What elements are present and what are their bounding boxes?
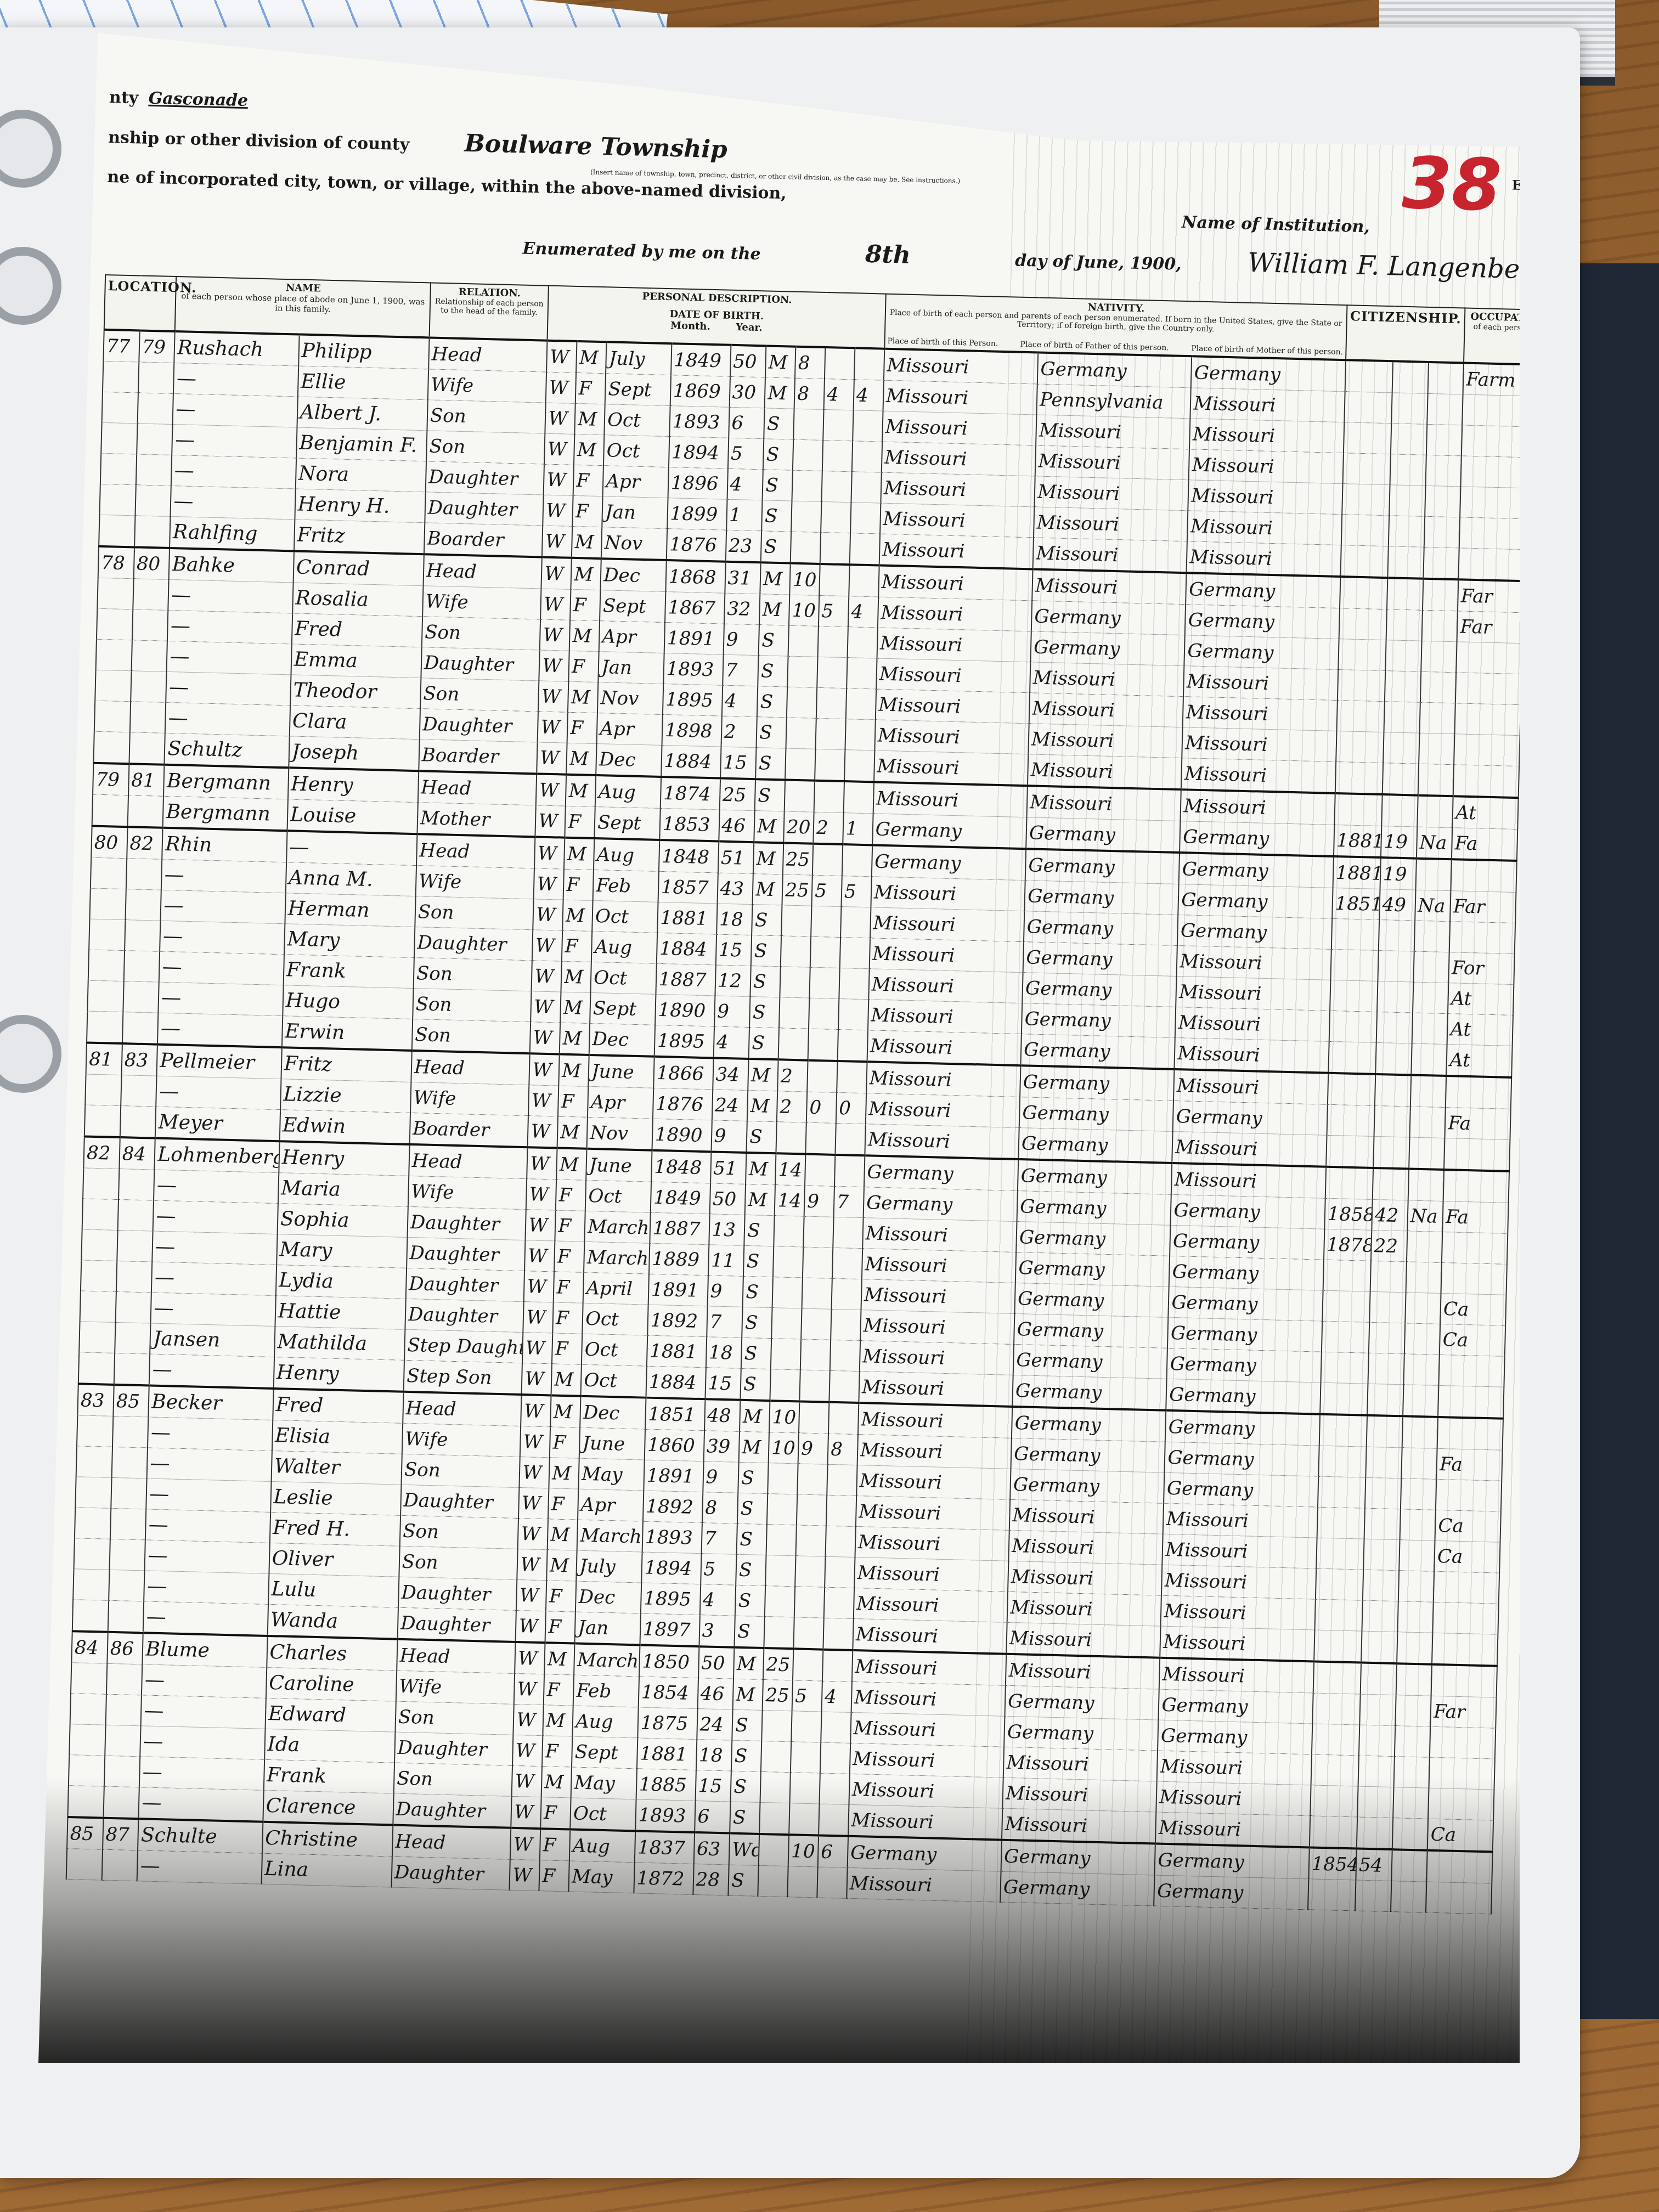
cell-imm xyxy=(1345,360,1393,393)
cell-occ xyxy=(1459,517,1525,550)
cell-dw xyxy=(70,1694,106,1725)
cell-yrs-us: 19 xyxy=(1381,826,1417,859)
cell-fam xyxy=(101,1849,138,1881)
cell-dw xyxy=(93,731,129,764)
cell-pob: Missouri xyxy=(859,1372,1013,1407)
cell-given: Caroline xyxy=(266,1667,397,1701)
cell-rel: Son xyxy=(400,1515,519,1549)
cell-mother: Missouri xyxy=(1172,1131,1327,1166)
cell-mother-of xyxy=(810,936,840,968)
cell-yrs-married: 25 xyxy=(763,1648,793,1680)
cell-fam: 85 xyxy=(113,1385,149,1417)
cell-nat xyxy=(1427,393,1463,425)
cell-age: 46 xyxy=(697,1678,733,1710)
cell-yrs-us xyxy=(1370,1261,1406,1293)
cell-surname: Schulte xyxy=(138,1819,263,1853)
cell-imm xyxy=(1323,1260,1371,1291)
cell-age: 23 xyxy=(725,530,761,562)
cell-father: Missouri xyxy=(1003,1778,1158,1812)
cell-surname: — xyxy=(151,1262,276,1296)
cell-yrs-us xyxy=(1389,516,1425,548)
cell-dw xyxy=(82,1199,119,1231)
cell-given: Conrad xyxy=(293,551,424,585)
cell-given: Emma xyxy=(291,644,421,678)
cell-age: 5 xyxy=(727,438,764,470)
cell-fam: 81 xyxy=(128,764,165,796)
cell-given: Fred H. xyxy=(270,1512,400,1546)
cell-age: 50 xyxy=(698,1646,735,1679)
cell-dw xyxy=(99,484,136,516)
cell-yrs-us xyxy=(1373,1168,1409,1200)
cell-fam xyxy=(123,981,159,1013)
cell-father: Germany xyxy=(1012,1375,1167,1410)
cell-mother-of: 0 xyxy=(806,1092,837,1123)
cell-year: 1854 xyxy=(638,1677,698,1709)
cell-yrs-married xyxy=(767,1494,797,1525)
cell-occ: Ca xyxy=(1440,1324,1505,1356)
cell-pob: Missouri xyxy=(855,1527,1009,1561)
cell-surname: — xyxy=(168,579,294,613)
cell-occ xyxy=(1438,1385,1504,1418)
cell-nat xyxy=(1393,1787,1429,1819)
cell-occ xyxy=(1459,548,1525,581)
cell-surname: — xyxy=(153,1231,278,1265)
cell-age: 3 xyxy=(699,1615,735,1647)
cell-sex: F xyxy=(558,1086,588,1117)
cell-nat xyxy=(1409,1137,1445,1170)
cell-month: June xyxy=(579,1427,645,1460)
cell-rel: Wife xyxy=(402,1423,521,1457)
cell-month: July xyxy=(606,342,672,375)
cell-month: Dec xyxy=(575,1581,641,1613)
cell-sex: F xyxy=(570,589,600,620)
cell-pob: Missouri xyxy=(867,1030,1022,1065)
cell-mother: Germany xyxy=(1185,605,1340,639)
cell-yrs-married xyxy=(787,656,817,687)
cell-fam: 87 xyxy=(103,1818,139,1850)
cell-father: Germany xyxy=(1010,1469,1165,1503)
cell-nat xyxy=(1400,1479,1436,1510)
cell-age: 11 xyxy=(708,1245,744,1277)
cell-father: Missouri xyxy=(1033,538,1188,573)
cell-sex: M xyxy=(560,992,590,1023)
cell-rel: Son xyxy=(394,1763,513,1796)
cell-month: Nov xyxy=(601,527,667,560)
cell-sex: F xyxy=(553,1302,583,1334)
cell-rel: Mother xyxy=(417,803,536,837)
cell-yrs-us xyxy=(1355,1880,1391,1912)
cell-living xyxy=(844,750,874,782)
cell-living xyxy=(827,1464,857,1496)
cell-pob: Missouri xyxy=(852,1650,1007,1685)
cell-month: Oct xyxy=(591,962,657,994)
cell-color: W xyxy=(516,1610,546,1643)
cell-month: Oct xyxy=(592,900,658,933)
cell-imm xyxy=(1338,639,1386,671)
cell-pob: Missouri xyxy=(857,1435,1012,1469)
cell-living: 7 xyxy=(834,1186,864,1217)
cell-color: W xyxy=(510,1828,540,1860)
cell-fam xyxy=(126,859,162,890)
cell-given: Mary xyxy=(284,924,415,958)
cell-year: 1876 xyxy=(667,529,726,562)
cell-mother-of: 9 xyxy=(798,1433,828,1464)
cell-nat xyxy=(1419,733,1455,765)
cell-father: Germany xyxy=(1013,1344,1168,1379)
cell-month: Apr xyxy=(588,1086,653,1119)
cell-living xyxy=(852,441,882,472)
cell-rel: Daughter xyxy=(405,1299,524,1332)
cell-yrs-married xyxy=(781,905,811,936)
cell-rel: Head xyxy=(418,771,537,805)
cell-marital: S xyxy=(751,966,781,997)
cell-father: Missouri xyxy=(1006,1654,1160,1689)
cell-surname: — xyxy=(147,1448,272,1482)
cell-imm xyxy=(1342,484,1390,516)
birth-mother-header: Place of birth of Mother of this person. xyxy=(1191,344,1343,357)
cell-sex: F xyxy=(544,1674,574,1706)
cell-mother-of xyxy=(799,1370,830,1402)
cell-father: Germany xyxy=(1004,1716,1159,1751)
cell-fam xyxy=(125,889,161,921)
cell-fam xyxy=(137,424,173,455)
cell-color: W xyxy=(542,526,572,558)
cell-fam xyxy=(111,1447,148,1479)
cell-imm xyxy=(1320,1383,1368,1415)
cell-pob: Missouri xyxy=(866,1093,1020,1128)
cell-living xyxy=(832,1248,862,1279)
cell-fam xyxy=(135,485,171,517)
cell-occ: Fa xyxy=(1445,1108,1511,1140)
cell-month: March xyxy=(585,1211,651,1243)
cell-pob: Missouri xyxy=(868,969,1023,1003)
cell-sex: F xyxy=(542,1736,572,1767)
cell-pob: Missouri xyxy=(880,503,1035,538)
cell-pob: Missouri xyxy=(873,782,1028,817)
cell-occ: At xyxy=(1448,983,1514,1015)
cell-surname: — xyxy=(137,1850,262,1884)
cell-rel: Daughter xyxy=(426,461,545,495)
cell-yrs-married xyxy=(759,1834,789,1866)
cell-pob: Missouri xyxy=(860,1310,1015,1345)
cell-sex: F xyxy=(554,1272,584,1303)
cell-age: 15 xyxy=(715,934,752,966)
cell-yrs-married: 8 xyxy=(794,378,825,409)
cell-yrs-us xyxy=(1387,578,1423,610)
cell-marital: M xyxy=(733,1647,764,1680)
cell-yrs-us: 42 xyxy=(1372,1199,1408,1231)
cell-marital: M xyxy=(760,562,791,595)
cell-given: Philipp xyxy=(298,335,429,369)
cell-occ xyxy=(1427,1850,1493,1883)
cell-mother: Germany xyxy=(1180,821,1334,856)
cell-imm xyxy=(1313,1661,1361,1694)
cell-fam xyxy=(114,1353,150,1385)
cell-imm xyxy=(1335,761,1383,794)
cell-color: W xyxy=(534,868,564,900)
cell-mother-of xyxy=(819,564,849,596)
cell-color: W xyxy=(522,1333,552,1364)
cell-imm xyxy=(1339,608,1387,640)
cell-living xyxy=(847,627,877,658)
cell-month: Nov xyxy=(597,682,663,715)
cell-occ xyxy=(1436,1479,1502,1511)
cell-sex: F xyxy=(554,1241,584,1272)
cell-nat xyxy=(1426,424,1462,456)
relation-header: RELATION. Relationship of each person to… xyxy=(429,283,549,340)
cell-mother-of xyxy=(797,1494,827,1526)
cell-sex: M xyxy=(544,1643,574,1675)
cell-nat xyxy=(1403,1385,1439,1417)
cell-surname: Rahlfing xyxy=(170,516,295,551)
cell-father: Germany xyxy=(1031,601,1186,635)
cell-mother-of xyxy=(787,1866,817,1898)
cell-nat xyxy=(1424,516,1460,548)
cell-mother-of xyxy=(809,967,839,998)
cell-yrs-married xyxy=(760,1771,791,1803)
cell-mother-of xyxy=(803,1247,833,1278)
cell-pob: Missouri xyxy=(865,1124,1019,1159)
cell-dw xyxy=(67,1786,104,1818)
cell-occ: Ca xyxy=(1435,1510,1501,1542)
institution-label: Name of Institution, xyxy=(1182,213,1370,236)
cell-fam xyxy=(131,671,167,703)
cell-rel: Wife xyxy=(422,586,541,619)
cell-marital: S xyxy=(735,1585,765,1616)
cell-surname: — xyxy=(165,702,290,736)
cell-mother-of xyxy=(814,781,844,813)
cell-occ: Ca xyxy=(1434,1541,1500,1573)
cell-mother-of xyxy=(799,1401,829,1434)
cell-yrs-married xyxy=(761,1710,792,1741)
cell-month: April xyxy=(583,1272,649,1305)
cell-living xyxy=(823,1618,853,1650)
cell-age: 9 xyxy=(703,1462,739,1493)
cell-sex: F xyxy=(573,495,603,527)
cell-color: W xyxy=(543,495,573,526)
cell-month: May xyxy=(571,1767,637,1799)
cell-sex: M xyxy=(560,1023,590,1055)
cell-yrs-married xyxy=(772,1277,803,1308)
cell-fam xyxy=(108,1600,144,1633)
cell-occ xyxy=(1449,922,1515,954)
cell-year: 1884 xyxy=(646,1366,706,1399)
cell-father: Germany xyxy=(1005,1685,1160,1720)
cell-given: Herman xyxy=(285,893,415,927)
cell-mother: Missouri xyxy=(1181,789,1335,825)
cell-dw xyxy=(69,1724,105,1756)
cell-age: 7 xyxy=(723,654,759,686)
cell-year: 1860 xyxy=(644,1429,704,1462)
cell-living xyxy=(817,1867,847,1898)
cell-rel: Daughter xyxy=(407,1237,526,1271)
cell-year: 1889 xyxy=(649,1243,709,1276)
cell-pob: Missouri xyxy=(881,472,1035,507)
cell-color: W xyxy=(541,557,572,590)
cell-yrs-married: 10 xyxy=(789,595,819,626)
cell-month: Sept xyxy=(605,374,671,406)
cell-pob: Germany xyxy=(848,1836,1002,1871)
cell-yrs-us xyxy=(1384,702,1420,733)
cell-pob: Germany xyxy=(872,814,1027,849)
cell-living xyxy=(846,689,876,720)
cell-dw xyxy=(80,1291,116,1323)
cell-color: W xyxy=(524,1240,555,1272)
cell-father: Germany xyxy=(1024,881,1179,915)
cell-color: W xyxy=(532,930,562,961)
cell-age: 39 xyxy=(703,1431,740,1463)
cell-yrs-married xyxy=(770,1369,800,1402)
cell-rel: Head xyxy=(423,554,542,589)
cell-mother: Germany xyxy=(1165,1410,1320,1446)
cell-father: Missouri xyxy=(1028,724,1183,758)
cell-surname: — xyxy=(172,424,297,458)
cell-imm: 1858 xyxy=(1324,1198,1373,1230)
cell-imm xyxy=(1308,1879,1356,1911)
cell-mother-of xyxy=(794,1587,825,1618)
cell-occ xyxy=(1443,1170,1509,1203)
cell-pob: Missouri xyxy=(882,442,1036,476)
cell-living: 0 xyxy=(836,1092,866,1124)
cell-marital: S xyxy=(735,1616,765,1648)
cell-given: Henry xyxy=(273,1357,404,1392)
cell-age: 30 xyxy=(729,376,765,408)
cell-month: Sept xyxy=(600,590,665,623)
county-line: nty Gasconade xyxy=(109,88,249,110)
cell-pob: Missouri xyxy=(866,1062,1021,1097)
relation-header-note: Relationship of each person to the head … xyxy=(432,297,545,318)
cell-nat xyxy=(1397,1632,1433,1664)
cell-month: Aug xyxy=(594,838,659,871)
cell-month: June xyxy=(586,1149,652,1182)
cell-fam xyxy=(115,1291,151,1323)
cell-age: 6 xyxy=(695,1801,731,1833)
township-value: Boulware Township xyxy=(464,129,727,164)
cell-year: 1892 xyxy=(647,1305,707,1337)
cell-mother: Germany xyxy=(1171,1194,1325,1229)
cell-sex: M xyxy=(572,526,602,558)
cell-mother-of xyxy=(800,1339,831,1370)
cell-living xyxy=(850,533,880,566)
cell-given: Nora xyxy=(295,458,426,492)
cell-rel: Son xyxy=(412,1019,531,1054)
cell-month: May xyxy=(579,1458,645,1491)
cell-yrs-married xyxy=(765,1555,795,1587)
cell-dw xyxy=(77,1415,113,1447)
cell-dw xyxy=(100,453,137,485)
cell-year: 1851 xyxy=(645,1398,705,1431)
cell-sex: M xyxy=(568,681,598,713)
cell-sex: F xyxy=(563,869,594,900)
cell-nat xyxy=(1412,1013,1448,1045)
cell-father: Missouri xyxy=(1027,786,1182,821)
cell-yrs-married: 25 xyxy=(783,843,813,875)
cell-dw xyxy=(97,608,133,640)
cell-fam xyxy=(138,362,174,394)
cell-nat xyxy=(1425,486,1461,517)
cell-mother: Germany xyxy=(1167,1348,1322,1383)
cell-sex: M xyxy=(567,743,597,775)
cell-marital: S xyxy=(743,1245,774,1277)
cell-mother: Germany xyxy=(1159,1689,1313,1724)
cell-color: W xyxy=(512,1735,543,1766)
cell-yrs-us xyxy=(1391,424,1427,455)
cell-color: W xyxy=(538,681,568,712)
cell-yrs-us xyxy=(1379,919,1415,951)
cell-sex: M xyxy=(543,1705,573,1736)
cell-rel: Head xyxy=(428,337,548,372)
cell-marital: S xyxy=(730,1802,760,1834)
cell-rel: Head xyxy=(392,1825,511,1860)
cell-mother-of xyxy=(817,657,847,688)
cell-surname: — xyxy=(151,1293,276,1327)
cell-pob: Missouri xyxy=(870,938,1024,973)
cell-given: Clara xyxy=(289,706,420,740)
cell-color: W xyxy=(540,619,570,651)
cell-mother-of xyxy=(808,1029,838,1061)
cell-mother: Germany xyxy=(1177,915,1332,950)
cell-year: 1849 xyxy=(650,1182,710,1214)
cell-given: Hugo xyxy=(283,985,413,1019)
cell-surname: — xyxy=(140,1726,266,1760)
cell-rel: Wife xyxy=(416,866,535,899)
enumerator-signature: William F. Langenberg xyxy=(1247,247,1549,285)
cell-nat xyxy=(1423,547,1459,579)
cell-father: Germany xyxy=(1018,1159,1172,1194)
county-value: Gasconade xyxy=(148,89,248,110)
cell-occ xyxy=(1428,1788,1494,1820)
cell-given: Oliver xyxy=(269,1543,399,1577)
cell-rel: Daughter xyxy=(398,1577,517,1610)
cell-rel: Son xyxy=(413,958,532,991)
cell-surname: — xyxy=(144,1571,269,1605)
cell-living xyxy=(853,410,883,442)
cell-mother-of xyxy=(815,718,845,749)
cell-marital: S xyxy=(736,1554,766,1585)
cell-imm xyxy=(1316,1568,1364,1600)
cell-yrs-us xyxy=(1392,361,1429,393)
cell-month: Apr xyxy=(599,621,665,653)
cell-dw xyxy=(87,980,123,1012)
cell-father: Missouri xyxy=(1008,1561,1163,1595)
cell-father: Germany xyxy=(1016,1222,1171,1256)
cell-marital: M xyxy=(753,874,783,905)
cell-given: Henry H. xyxy=(295,489,425,523)
cell-dw: 81 xyxy=(86,1042,122,1075)
cell-surname: Pellmeier xyxy=(157,1045,282,1079)
cell-dw: 84 xyxy=(71,1631,108,1663)
cell-yrs-married xyxy=(773,1246,803,1278)
cell-father: Missouri xyxy=(1036,415,1190,449)
cell-occ: Far xyxy=(1458,579,1523,612)
cell-rel: Wife xyxy=(396,1671,515,1704)
cell-occ xyxy=(1434,1571,1499,1604)
cell-color: W xyxy=(534,837,565,869)
cell-fam xyxy=(132,610,168,641)
cell-year: 1893 xyxy=(635,1799,695,1832)
cell-yrs-married: 20 xyxy=(783,811,814,844)
cell-age: 18 xyxy=(696,1740,732,1771)
cell-year: 1891 xyxy=(644,1460,703,1492)
cell-given: Rosalia xyxy=(292,583,423,617)
cell-yrs-us xyxy=(1373,1136,1409,1169)
cell-yrs-us xyxy=(1385,671,1421,703)
cell-year: 1848 xyxy=(651,1150,711,1183)
cell-living xyxy=(839,968,869,999)
cell-yrs-us xyxy=(1376,1012,1413,1043)
cell-sex: F xyxy=(555,1210,585,1242)
cell-living: 4 xyxy=(848,596,878,628)
